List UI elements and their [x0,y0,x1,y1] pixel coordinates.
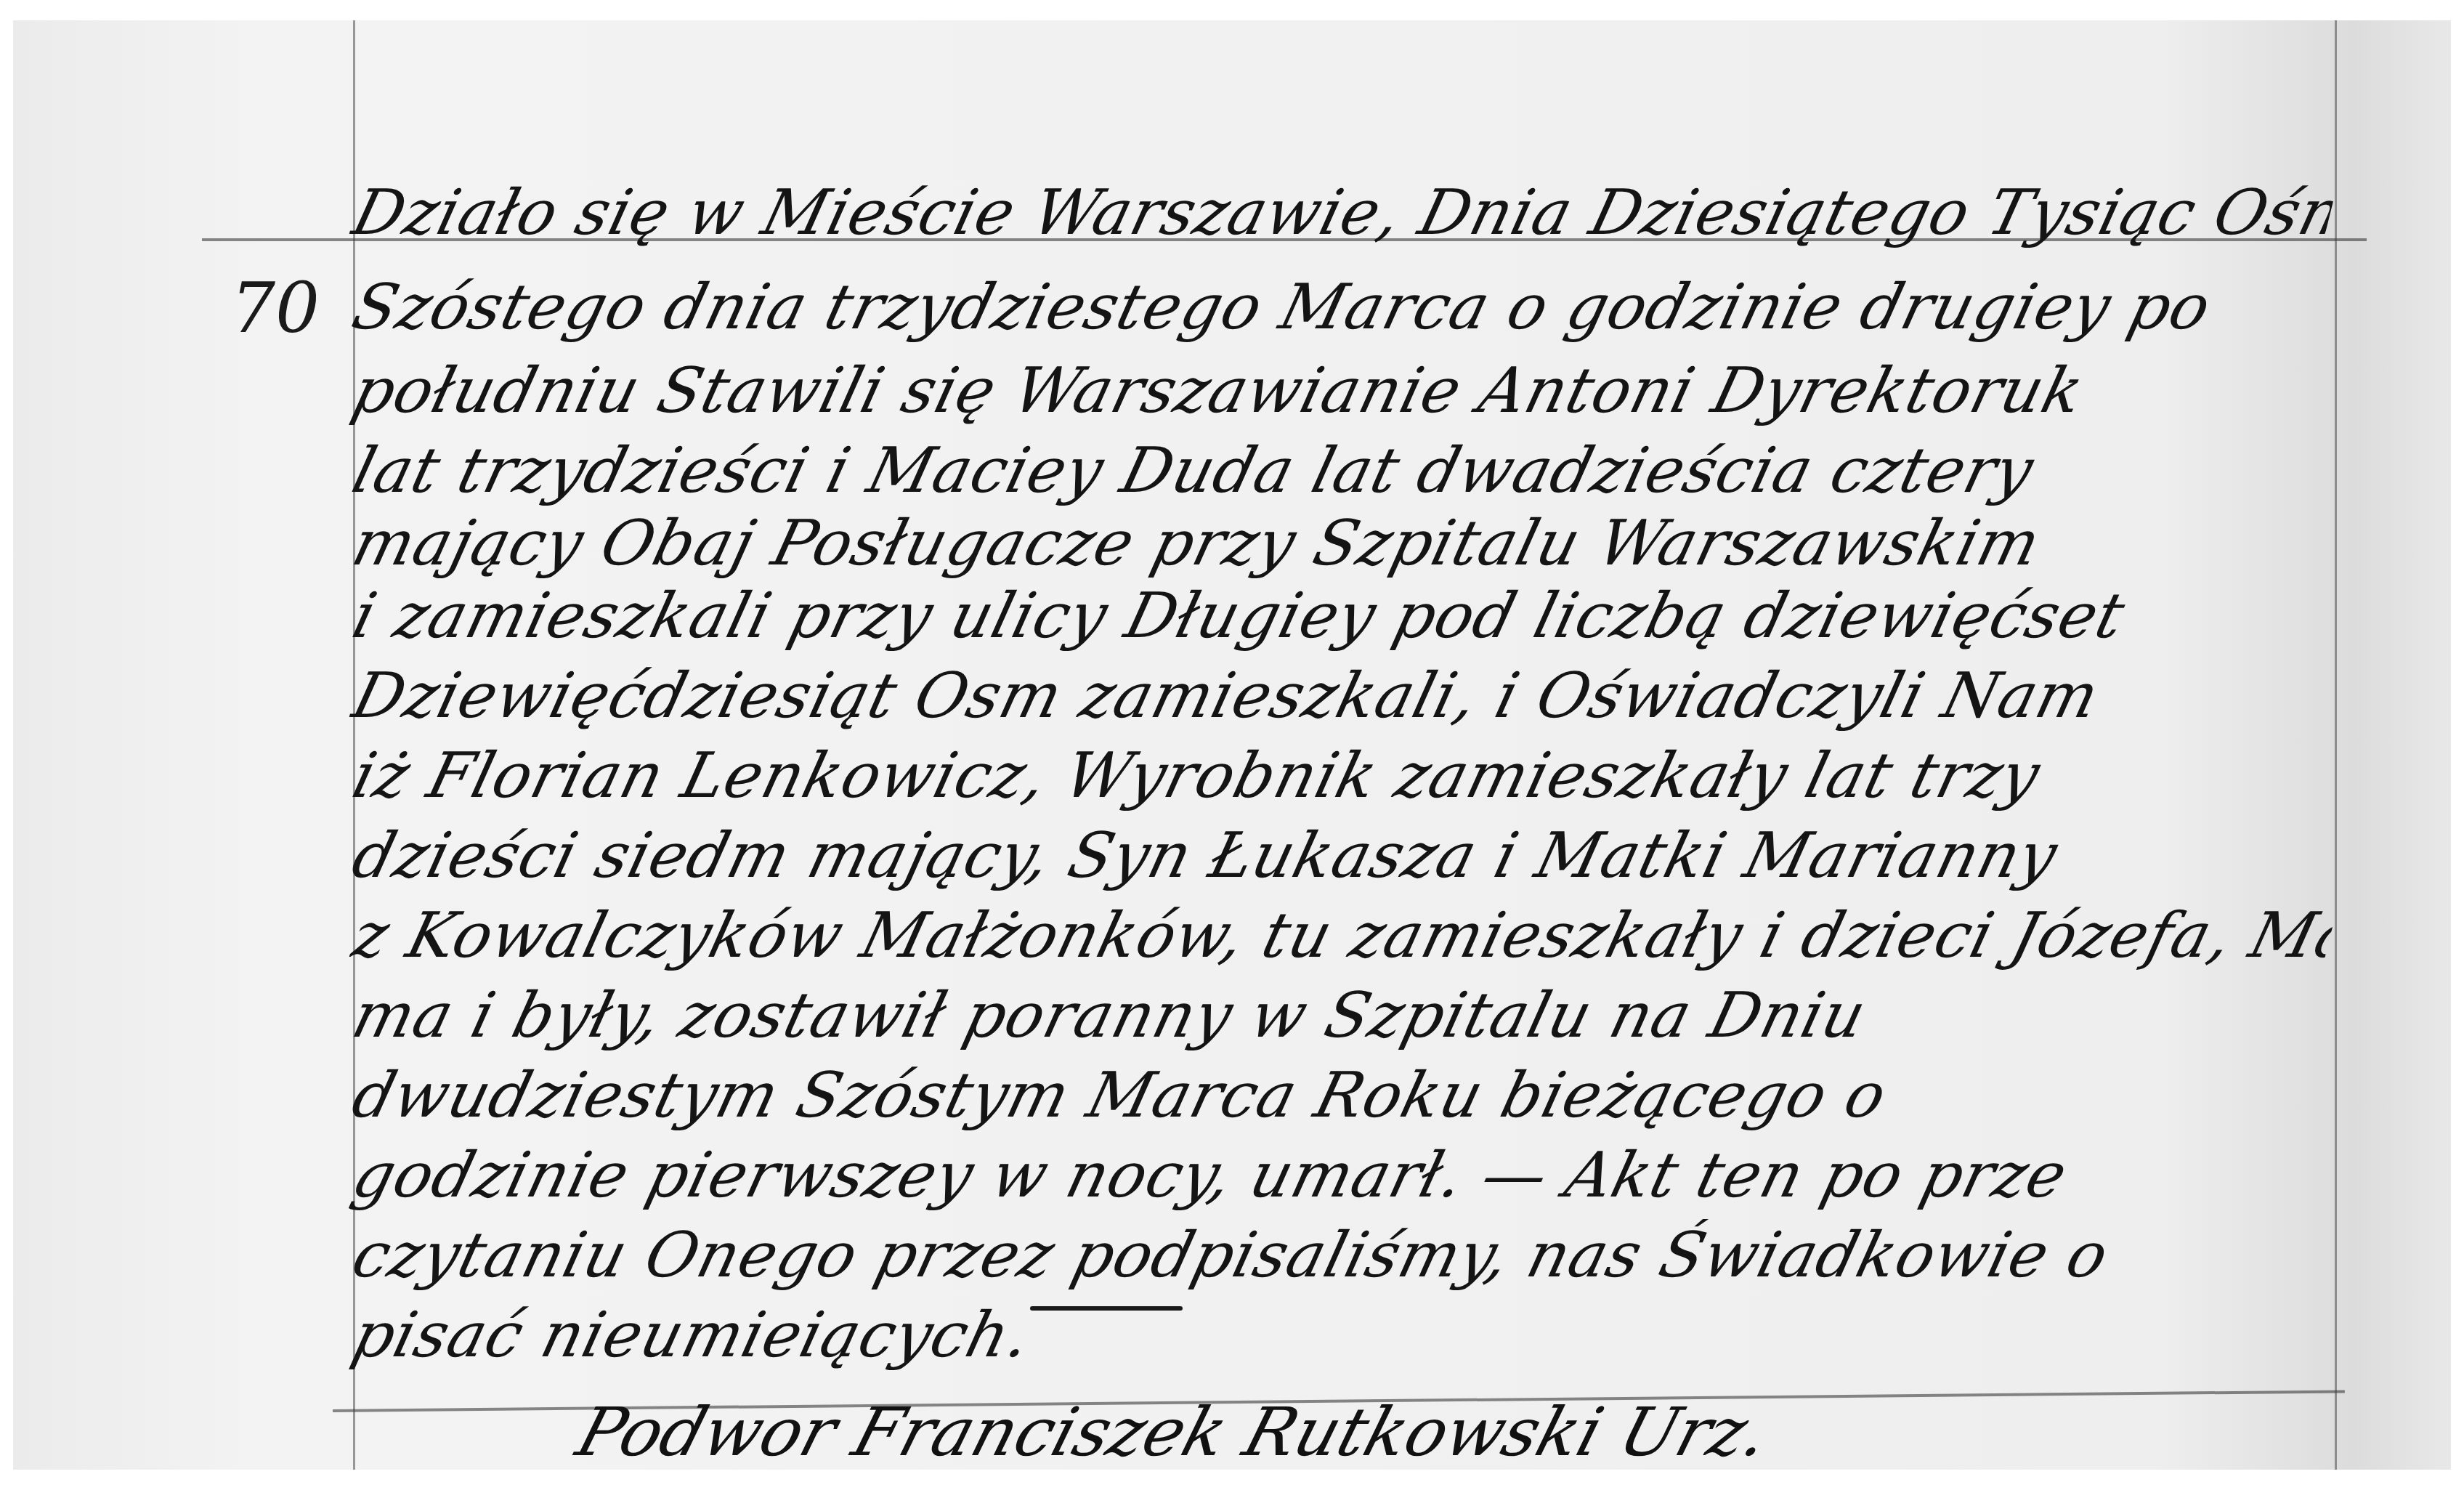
record-line: lat trzydzieści i Maciey Duda lat dwadzi… [346,434,2340,507]
record-line: iż Florian Lenkowicz, Wyrobnik zamieszka… [346,740,2340,812]
record-line: godzinie pierwszey w nocy, umarł. — Akt … [346,1139,2340,1212]
ink-dash [1030,1306,1183,1311]
entry-number: 70 [231,267,320,349]
record-line: Działo się w Mieście Warszawie, Dnia Dzi… [346,177,2340,249]
record-line: dwudziestym Szóstym Marca Roku bieżącego… [346,1059,2340,1132]
document-page: 70 Działo się w Mieście Warszawie, Dnia … [13,20,2451,1470]
record-line: południu Stawili się Warszawianie Antoni… [346,355,2340,427]
record-line: pisać nieumieiących. [346,1299,2340,1372]
registrar-signature: Podwor Franciszek Rutkowski Urz. [569,1393,1971,1471]
record-line: i zamieszkali przy ulicy Długiey pod lic… [346,580,2340,652]
record-line: Dziewięćdziesiąt Osm zamieszkali, i Oświ… [346,660,2340,732]
record-line: czytaniu Onego przez podpisaliśmy, nas Ś… [346,1219,2340,1292]
record-line: ma i były, zostawił poranny w Szpitalu n… [346,979,2340,1052]
record-line: Szóstego dnia trzydziestego Marca o godz… [346,271,2340,344]
record-line: z Kowalczyków Małżonków, tu zamieszkały … [346,899,2340,972]
record-line: dzieści siedm mający, Syn Łukasza i Matk… [346,819,2340,892]
record-line: mający Obaj Posługacze przy Szpitalu War… [346,507,2340,580]
